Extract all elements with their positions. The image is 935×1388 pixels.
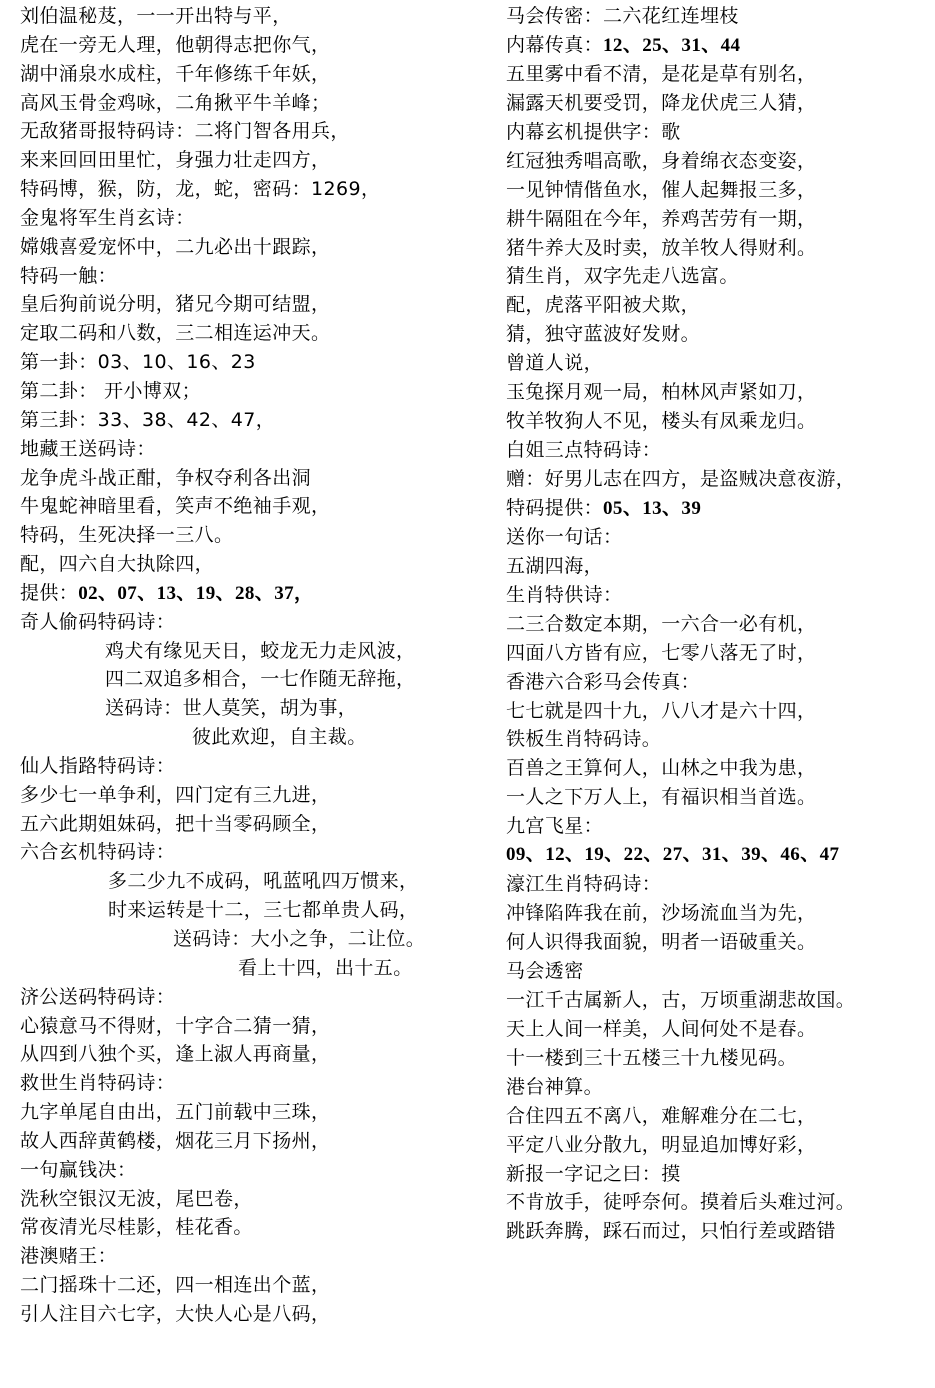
text-line: 看上十四，出十五。 bbox=[20, 954, 480, 983]
section-heading: 送你一句话： bbox=[506, 523, 931, 552]
text-line: 一江千古属新人，古，万顷重湖悲故国。 bbox=[506, 986, 931, 1015]
provided-label: 提供： bbox=[20, 582, 78, 604]
text-line: 猜生肖，双字先走八选富。 bbox=[506, 262, 931, 291]
text-line: 天上人间一样美，人间何处不是春。 bbox=[506, 1015, 931, 1044]
text-line: 配，虎落平阳被犬欺， bbox=[506, 291, 931, 320]
inside-fax-label: 内幕传真： bbox=[506, 34, 603, 56]
section-heading: 马会透密 bbox=[506, 957, 931, 986]
text-line: 五里雾中看不清，是花是草有别名， bbox=[506, 60, 931, 89]
text-line: 第三卦：33、38、42、47， bbox=[20, 406, 480, 435]
inside-fax-numbers: 12、25、31、44 bbox=[603, 35, 740, 56]
section-heading: 六合玄机特码诗： bbox=[20, 838, 480, 867]
text-line: 五六此期姐妹码，把十当零码顾全， bbox=[20, 810, 480, 839]
text-line: 来来回回田里忙，身强力壮走四方， bbox=[20, 146, 480, 175]
text-line: 洗秋空银汉无波，尾巴卷， bbox=[20, 1185, 480, 1214]
text-line: 从四到八独个买，逢上淑人再商量， bbox=[20, 1040, 480, 1069]
text-line: 故人西辞黄鹤楼，烟花三月下扬州， bbox=[20, 1127, 480, 1156]
special-code-label: 特码提供： bbox=[506, 497, 603, 519]
text-line: 心猿意马不得财，十字合二猜一猜， bbox=[20, 1012, 480, 1041]
text-line: 不肯放手，徒呼奈何。摸着后头难过河。 bbox=[506, 1188, 931, 1217]
section-heading: 救世生肖特码诗： bbox=[20, 1069, 480, 1098]
section-heading: 地藏王送码诗： bbox=[20, 435, 480, 464]
text-line: 玉兔探月观一局，柏林风声紧如刀， bbox=[506, 378, 931, 407]
text-line: 漏露天机要受罚，降龙伏虎三人猜， bbox=[506, 89, 931, 118]
text-line: 多少七一单争利，四门定有三九进， bbox=[20, 781, 480, 810]
left-column: 刘伯温秘芨，一一开出特与平， 虎在一旁无人理，他朝得志把你气， 湖中涌泉水成柱，… bbox=[20, 2, 480, 1329]
section-heading: 濠江生肖特码诗： bbox=[506, 870, 931, 899]
text-line: 赠：好男儿志在四方，是盗贼决意夜游， bbox=[506, 465, 931, 494]
text-line: 一人之下万人上，有福识相当首选。 bbox=[506, 783, 931, 812]
section-heading: 生肖特供诗： bbox=[506, 581, 931, 610]
text-line: 第一卦：03、10、16、23 bbox=[20, 348, 480, 377]
text-line: 猪牛养大及时卖，放羊牧人得财利。 bbox=[506, 234, 931, 263]
text-line: 二三合数定本期，一六合一必有机， bbox=[506, 610, 931, 639]
section-heading: 港澳赌王： bbox=[20, 1242, 480, 1271]
text-line: 鸡犬有缘见天日，蛟龙无力走风波， bbox=[20, 637, 480, 666]
text-line: 合住四五不离八，难解难分在二七， bbox=[506, 1102, 931, 1131]
text-line: 虎在一旁无人理，他朝得志把你气， bbox=[20, 31, 480, 60]
text-line: 无敌猪哥报特码诗：二将门智各用兵， bbox=[20, 117, 480, 146]
section-heading: 铁板生肖特码诗。 bbox=[506, 725, 931, 754]
text-line: 内幕玄机提供字：歌 bbox=[506, 118, 931, 147]
text-line: 第二卦： 开小博双； bbox=[20, 377, 480, 406]
text-line: 耕牛隔阻在今年，养鸡苦劳有一期， bbox=[506, 205, 931, 234]
section-heading: 奇人偷码特码诗： bbox=[20, 608, 480, 637]
nine-palace-numbers: 09、12、19、22、27、31、39、46、47 bbox=[506, 841, 931, 870]
text-line: 二门摇珠十二还，四一相连出个蓝， bbox=[20, 1271, 480, 1300]
special-code-line: 特码提供：05、13、39 bbox=[506, 494, 931, 523]
text-line: 平定八业分散九，明显追加博好彩， bbox=[506, 1131, 931, 1160]
text-line: 龙争虎斗战正酣，争权夺利各出洞 bbox=[20, 464, 480, 493]
text-line: 嫦娥喜爱宠怀中，二九必出十跟踪， bbox=[20, 233, 480, 262]
text-line: 何人识得我面貌，明者一语破重关。 bbox=[506, 928, 931, 957]
section-heading: 曾道人说， bbox=[506, 349, 931, 378]
text-line: 常夜清光尽桂影，桂花香。 bbox=[20, 1213, 480, 1242]
section-heading: 港台神算。 bbox=[506, 1073, 931, 1102]
text-line: 彼此欢迎，自主裁。 bbox=[20, 723, 480, 752]
text-line: 引人注目六七字，大快人心是八码， bbox=[20, 1300, 480, 1329]
text-line: 十一楼到三十五楼三十九楼见码。 bbox=[506, 1044, 931, 1073]
text-line: 送码诗：大小之争，二让位。 bbox=[20, 925, 480, 954]
section-heading: 白姐三点特码诗： bbox=[506, 436, 931, 465]
inside-fax-line: 内幕传真：12、25、31、44 bbox=[506, 31, 931, 60]
text-line: 送码诗：世人莫笑，胡为事， bbox=[20, 694, 480, 723]
provided-numbers: 02、07、13、19、28、37， bbox=[78, 583, 313, 604]
special-code-numbers: 05、13、39 bbox=[603, 498, 701, 519]
text-line: 湖中涌泉水成柱，千年修练千年妖， bbox=[20, 60, 480, 89]
text-line: 九字单尾自由出，五门前载中三珠， bbox=[20, 1098, 480, 1127]
text-line: 牛鬼蛇神暗里看，笑声不绝袖手观， bbox=[20, 492, 480, 521]
provided-numbers-line: 提供：02、07、13、19、28、37， bbox=[20, 579, 480, 608]
text-line: 刘伯温秘芨，一一开出特与平， bbox=[20, 2, 480, 31]
text-line: 红冠独秀唱高歌，身着绵衣态变姿， bbox=[506, 147, 931, 176]
section-heading: 仙人指路特码诗： bbox=[20, 752, 480, 781]
text-line: 猜，独守蓝波好发财。 bbox=[506, 320, 931, 349]
text-line: 冲锋陷阵我在前，沙场流血当为先， bbox=[506, 899, 931, 928]
text-line: 配，四六自大执除四， bbox=[20, 550, 480, 579]
text-line: 特码博，猴，防，龙，蛇，密码：1269， bbox=[20, 175, 480, 204]
text-line: 时来运转是十二，三七都单贵人码， bbox=[20, 896, 480, 925]
section-heading: 金鬼将军生肖玄诗： bbox=[20, 204, 480, 233]
text-line: 四面八方皆有应，七零八落无了时， bbox=[506, 639, 931, 668]
text-line: 定取二码和八数，三二相连运冲天。 bbox=[20, 319, 480, 348]
text-line: 七七就是四十九，八八才是六十四， bbox=[506, 697, 931, 726]
text-line: 牧羊牧狗人不见，楼头有凤乘龙归。 bbox=[506, 407, 931, 436]
section-heading: 香港六合彩马会传真： bbox=[506, 668, 931, 697]
right-column: 马会传密：二六花红连埋枝 内幕传真：12、25、31、44 五里雾中看不清，是花… bbox=[506, 2, 931, 1246]
text-line: 马会传密：二六花红连埋枝 bbox=[506, 2, 931, 31]
text-line: 跳跃奔腾，踩石而过，只怕行差或踏错 bbox=[506, 1217, 931, 1246]
text-line: 特码，生死决择一三八。 bbox=[20, 521, 480, 550]
text-line: 多二少九不成码，吼蓝吼四万惯来， bbox=[20, 867, 480, 896]
text-line: 百兽之王算何人，山林之中我为患， bbox=[506, 754, 931, 783]
section-heading: 一句赢钱决： bbox=[20, 1156, 480, 1185]
text-line: 五湖四海， bbox=[506, 552, 931, 581]
text-line: 高风玉骨金鸡咏，二角揪平牛羊峰； bbox=[20, 89, 480, 118]
text-line: 一见钟情偕鱼水，催人起舞报三多， bbox=[506, 176, 931, 205]
section-heading: 济公送码特码诗： bbox=[20, 983, 480, 1012]
text-line: 四二双追多相合，一七作随无辞拖， bbox=[20, 665, 480, 694]
text-line: 新报一字记之曰：摸 bbox=[506, 1160, 931, 1189]
section-heading: 特码一触： bbox=[20, 262, 480, 291]
text-line: 皇后狗前说分明，猪兄今期可结盟， bbox=[20, 290, 480, 319]
section-heading: 九宫飞星： bbox=[506, 812, 931, 841]
